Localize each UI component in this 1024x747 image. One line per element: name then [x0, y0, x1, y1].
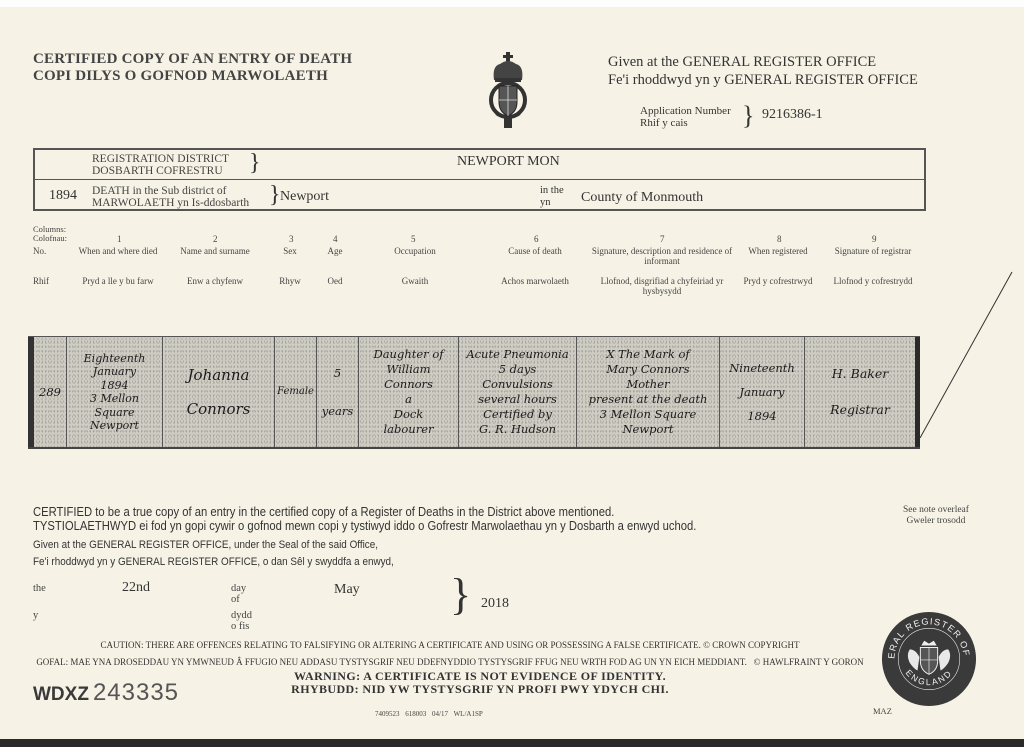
- column-header-registrar-welsh: Llofnod y cofrestrydd: [826, 276, 920, 286]
- when-where-line: Square: [69, 406, 160, 420]
- column-number: 4: [333, 234, 338, 244]
- the-label: the: [33, 583, 46, 594]
- serial-number: 243335: [93, 679, 179, 706]
- column-header-no: No.: [33, 246, 46, 256]
- column-number: 1: [117, 234, 122, 244]
- column-header-sex: Sex: [275, 246, 305, 256]
- column-number: 6: [534, 234, 539, 244]
- cause-line: Certified by: [461, 407, 574, 422]
- certification-welsh: TYSTIOLAETHWYD ei fod yn gopi cywir o go…: [33, 519, 696, 533]
- given-under-seal: Given at the GENERAL REGISTER OFFICE, un…: [33, 537, 394, 571]
- column-header-age-welsh: Oed: [320, 276, 350, 286]
- column-header-occupation-welsh: Gwaith: [380, 276, 450, 286]
- surname: Connors: [165, 392, 272, 426]
- column-header-when-where-welsh: Pryd a lle y bu farw: [70, 276, 166, 286]
- occupation-line: Daughter of: [361, 347, 456, 362]
- age-value: 5: [319, 354, 356, 392]
- occupation-line: William: [361, 362, 456, 377]
- occupation-line: labourer: [361, 422, 456, 437]
- certificate-serial: WDXZ243335: [33, 679, 179, 707]
- column-number: 9: [872, 234, 877, 244]
- caution-notice: CAUTION: THERE ARE OFFENCES RELATING TO …: [34, 637, 866, 671]
- given-under-seal-english: Given at the GENERAL REGISTER OFFICE, un…: [33, 537, 394, 554]
- cause-line: G. R. Hudson: [461, 422, 574, 437]
- brace-icon: }: [450, 573, 471, 617]
- warning-welsh: RHYBUDD: NID YW TYSTYSGRIF YN PROFI PWY …: [280, 683, 680, 696]
- day-of-label: day of: [231, 583, 246, 605]
- informant-line: Newport: [579, 422, 717, 437]
- entry-cause-of-death: Acute Pneumonia 5 days Convulsions sever…: [459, 337, 577, 447]
- occupation-line: Connors: [361, 377, 456, 392]
- forename: Johanna: [165, 358, 272, 392]
- entry-when-registered: Nineteenth January 1894: [720, 337, 805, 447]
- sex-value: Female: [277, 385, 314, 399]
- column-header-cause: Cause of death: [495, 246, 575, 256]
- column-number: 8: [777, 234, 782, 244]
- day-of-label-welsh: dydd o fis: [231, 610, 252, 632]
- column-header-sex-welsh: Rhyw: [275, 276, 305, 286]
- see-note-welsh: Gweler trosodd: [903, 516, 969, 527]
- gro-seal-icon: GENERAL REGISTER OFFICE × ENGLAND ×: [881, 611, 977, 707]
- informant-line: X The Mark of: [579, 347, 717, 362]
- registrar-title: Registrar: [807, 392, 913, 428]
- column-headers: 1 2 3 4 5 6 7 8 9 No. When and where die…: [0, 0, 1024, 300]
- column-header-cause-welsh: Achos marwolaeth: [495, 276, 575, 286]
- cause-line: Convulsions: [461, 377, 574, 392]
- entry-age: 5 years: [317, 337, 359, 447]
- print-code: 7409523 618003 04/17 WL/A1SP: [375, 710, 483, 718]
- maz-code: MAZ: [873, 706, 892, 716]
- column-header-informant-welsh: Llofnod, disgrifiad a chyfeiriad yr hysb…: [588, 276, 736, 296]
- see-note-overleaf: See note overleaf Gweler trosodd: [903, 505, 969, 527]
- entry-sex: Female: [275, 337, 317, 447]
- informant-line: Mary Connors: [579, 362, 717, 377]
- when-where-line: 3 Mellon: [69, 392, 160, 406]
- cause-line: several hours: [461, 392, 574, 407]
- registrar-name: H. Baker: [807, 356, 913, 392]
- entry-informant: X The Mark of Mary Connors Mother presen…: [577, 337, 720, 447]
- issue-day: 22nd: [122, 580, 150, 596]
- certification-statement: CERTIFIED to be a true copy of an entry …: [33, 505, 696, 533]
- row-border: [915, 337, 920, 447]
- column-header-name-welsh: Enw a chyfenw: [170, 276, 260, 286]
- registered-line: Nineteenth: [722, 356, 802, 380]
- scan-bottom-edge: [0, 739, 1024, 747]
- serial-prefix: WDXZ: [33, 684, 89, 705]
- given-under-seal-welsh: Fe'i rhoddwyd yn y GENERAL REGISTER OFFI…: [33, 554, 394, 571]
- cause-line: 5 days: [461, 362, 574, 377]
- see-note-english: See note overleaf: [903, 505, 969, 516]
- informant-line: present at the death: [579, 392, 717, 407]
- informant-line: Mother: [579, 377, 717, 392]
- column-header-occupation: Occupation: [380, 246, 450, 256]
- column-header-name: Name and surname: [170, 246, 260, 256]
- occupation-line: a: [361, 392, 456, 407]
- death-entry-row: 289 Eighteenth January 1894 3 Mellon Squ…: [28, 336, 920, 449]
- registered-line: January: [722, 380, 802, 404]
- column-header-when-registered: When registered: [739, 246, 817, 256]
- column-number: 5: [411, 234, 416, 244]
- column-header-when-where: When and where died: [70, 246, 166, 256]
- column-header-when-registered-welsh: Pryd y cofrestrwyd: [739, 276, 817, 286]
- the-label-welsh: y: [33, 610, 38, 621]
- when-where-line: Newport: [69, 419, 160, 433]
- registered-line: 1894: [722, 404, 802, 428]
- column-header-age: Age: [320, 246, 350, 256]
- when-where-line: January: [69, 365, 160, 379]
- certification-english: CERTIFIED to be a true copy of an entry …: [33, 505, 696, 519]
- issue-month: May: [334, 582, 360, 598]
- column-number: 2: [213, 234, 218, 244]
- cause-line: Acute Pneumonia: [461, 347, 574, 362]
- informant-line: 3 Mellon Square: [579, 407, 717, 422]
- when-where-line: 1894: [69, 379, 160, 393]
- issue-year: 2018: [481, 596, 509, 612]
- entry-number-value: 289: [36, 385, 64, 399]
- identity-warning: WARNING: A CERTIFICATE IS NOT EVIDENCE O…: [280, 670, 680, 696]
- entry-registrar-signature: H. Baker Registrar: [805, 337, 915, 447]
- entry-name: Johanna Connors: [163, 337, 275, 447]
- column-header-informant: Signature, description and residence of …: [588, 246, 736, 266]
- column-header-registrar: Signature of registrar: [826, 246, 920, 256]
- caution-english: CAUTION: THERE ARE OFFENCES RELATING TO …: [34, 637, 866, 654]
- column-header-no-welsh: Rhif: [33, 276, 49, 286]
- entry-number: 289: [34, 337, 67, 447]
- column-number: 3: [289, 234, 294, 244]
- age-unit: years: [319, 392, 356, 430]
- when-where-line: Eighteenth: [69, 352, 160, 366]
- entry-occupation: Daughter of William Connors a Dock labou…: [359, 337, 459, 447]
- entry-when-where: Eighteenth January 1894 3 Mellon Square …: [67, 337, 163, 447]
- occupation-line: Dock: [361, 407, 456, 422]
- column-number: 7: [660, 234, 665, 244]
